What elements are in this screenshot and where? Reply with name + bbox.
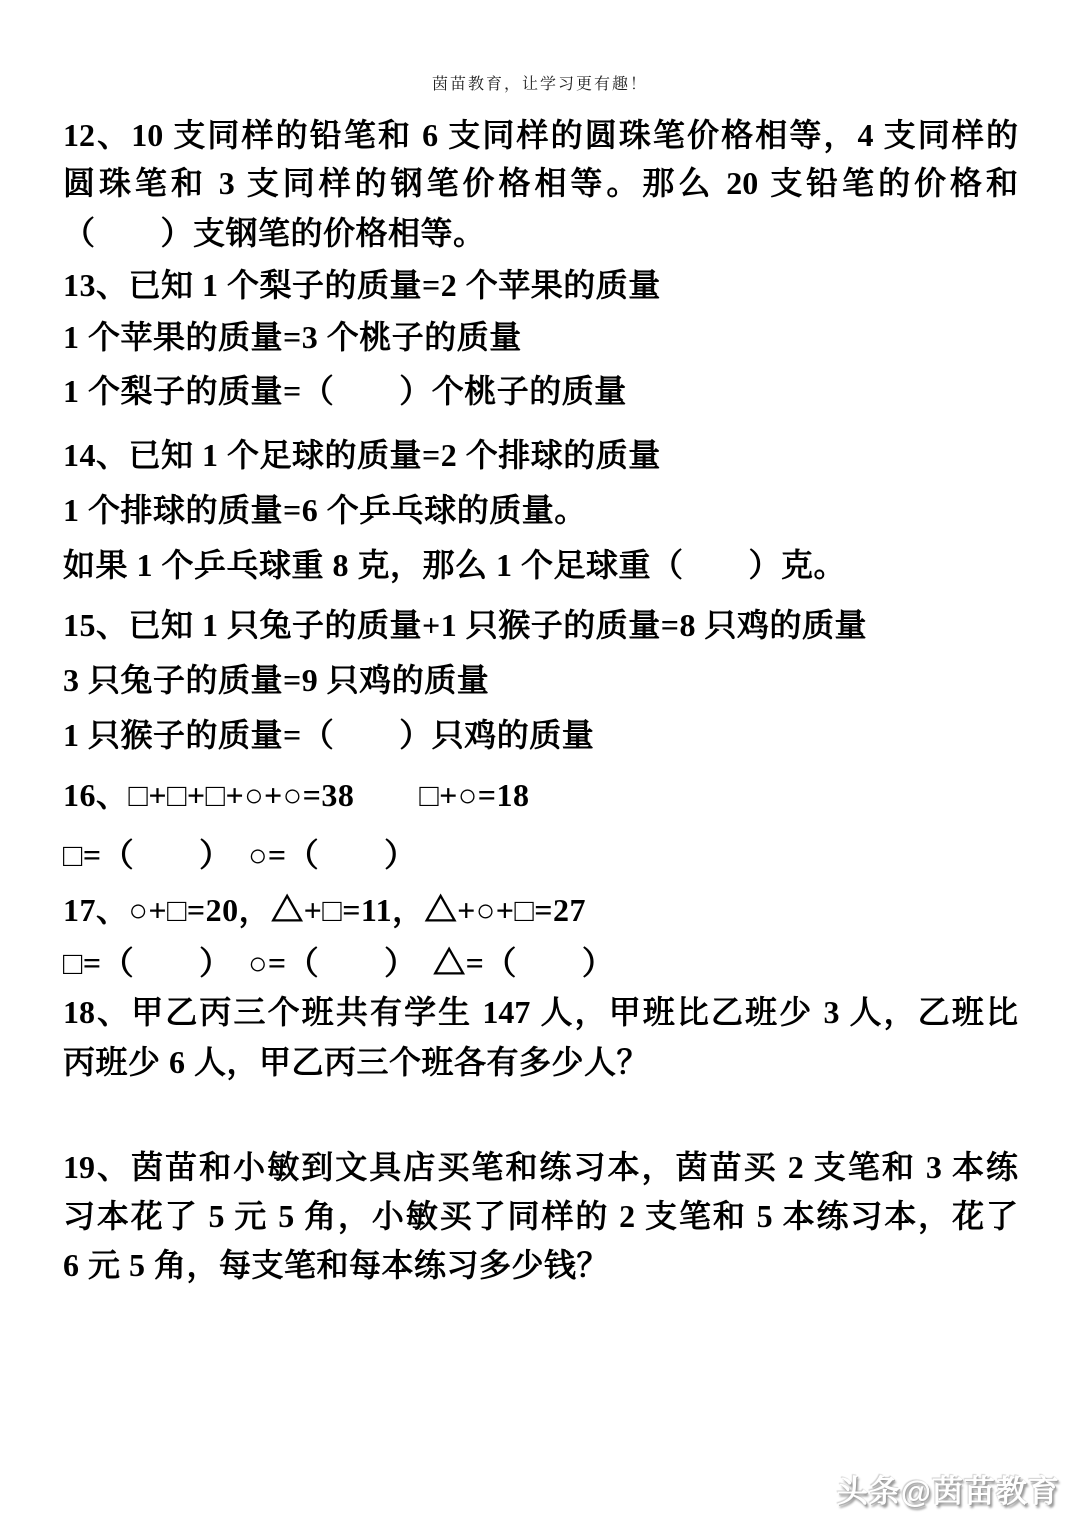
question-13-line-3: 1 个梨子的质量=（ ）个桃子的质量 (63, 371, 1018, 411)
question-18-line-2: 丙班少 6 人，甲乙丙三个班各有多少人？ (63, 1042, 1018, 1082)
worksheet-page: 茵苗教育，让学习更有趣！ 12、10 支同样的铅笔和 6 支同样的圆珠笔价格相等… (0, 0, 1080, 1527)
question-13-line-2: 1 个苹果的质量=3 个桃子的质量 (63, 317, 1018, 357)
question-18-line-1: 18、甲乙丙三个班共有学生 147 人，甲班比乙班少 3 人，乙班比 (63, 992, 1018, 1032)
question-14-line-2: 1 个排球的质量=6 个乒乓球的质量。 (63, 490, 1018, 530)
question-17-line-1: 17、○+□=20，△+□=11，△+○+□=27 (63, 890, 1018, 930)
question-16-line-1: 16、□+□+□+○+○=38 □+○=18 (63, 775, 1018, 815)
question-15-line-2: 3 只兔子的质量=9 只鸡的质量 (63, 660, 1018, 700)
question-19-line-1: 19、茵苗和小敏到文具店买笔和练习本，茵苗买 2 支笔和 3 本练 (63, 1147, 1018, 1187)
question-12-line-2: 圆珠笔和 3 支同样的钢笔价格相等。那么 20 支铅笔的价格和 (63, 163, 1018, 203)
toutiao-watermark: 头条@茵苗教育 (837, 1466, 1060, 1511)
question-12-line-1: 12、10 支同样的铅笔和 6 支同样的圆珠笔价格相等，4 支同样的 (63, 115, 1018, 155)
question-19-line-2: 习本花了 5 元 5 角，小敏买了同样的 2 支笔和 5 本练习本，花了 (63, 1196, 1018, 1236)
question-13-line-1: 13、已知 1 个梨子的质量=2 个苹果的质量 (63, 265, 1018, 305)
question-19-line-3: 6 元 5 角，每支笔和每本练习多少钱？ (63, 1245, 1018, 1285)
header-slogan: 茵苗教育，让学习更有趣！ (0, 74, 1080, 96)
question-16-line-2: □=（ ） ○=（ ） (63, 835, 1018, 875)
question-15-line-3: 1 只猴子的质量=（ ）只鸡的质量 (63, 715, 1018, 755)
question-14-line-3: 如果 1 个乒乓球重 8 克，那么 1 个足球重（ ）克。 (63, 545, 1018, 585)
question-14-line-1: 14、已知 1 个足球的质量=2 个排球的质量 (63, 435, 1018, 475)
question-12-line-3: （ ）支钢笔的价格相等。 (63, 213, 1018, 253)
question-15-line-1: 15、已知 1 只兔子的质量+1 只猴子的质量=8 只鸡的质量 (63, 605, 1018, 645)
question-17-line-2: □=（ ） ○=（ ） △=（ ） (63, 943, 1018, 983)
